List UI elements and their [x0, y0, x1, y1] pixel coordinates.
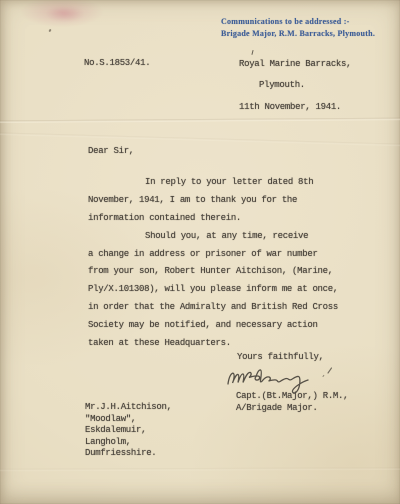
salutation: Dear Sir,: [88, 145, 134, 157]
fold-crease: [0, 118, 400, 124]
letterhead-line-1: Communications to be addressed :-: [221, 16, 375, 28]
body-line: from your son, Robert Hunter Aitchison, …: [88, 263, 338, 281]
recipient-address: Mr.J.H.Aitchison, "Moodlaw", Eskdalemuir…: [85, 402, 172, 460]
pink-stain: [42, 4, 88, 24]
letter-date: 11th November, 1941.: [239, 97, 351, 118]
signer-rank: Capt.(Bt.Major,) R.M.,: [236, 390, 348, 402]
sender-address-line-2: Plymouth.: [259, 75, 351, 96]
body-line: November, 1941, I am to thank you for th…: [88, 192, 338, 210]
recipient-name: Mr.J.H.Aitchison,: [85, 402, 172, 414]
fold-crease: [0, 132, 400, 147]
signer-role: A/Brigade Major.: [236, 402, 318, 414]
body-line: a change in address or prisoner of war n…: [88, 246, 338, 264]
letterhead: Communications to be addressed :- Brigad…: [221, 16, 375, 39]
body-line: Should you, at any time, receive: [88, 228, 338, 246]
valediction: Yours faithfully,: [237, 351, 324, 363]
ink-speck: [48, 29, 51, 33]
sender-address: Royal Marine Barracks, Plymouth. 11th No…: [239, 54, 351, 118]
fold-crease: [0, 467, 400, 471]
letterhead-line-2: Brigade Major, R.M. Barracks, Plymouth.: [221, 28, 375, 40]
sender-address-line-1: Royal Marine Barracks,: [239, 54, 351, 75]
letter-body: In reply to your letter dated 8th Novemb…: [88, 174, 338, 353]
body-line: Ply/X.101308), will you please inform me…: [88, 281, 338, 299]
recipient-town: Langholm,: [85, 437, 172, 449]
body-line: in order that the Admiralty and British …: [88, 299, 338, 317]
reference-number: No.S.1853/41.: [84, 57, 150, 69]
body-line: In reply to your letter dated 8th: [88, 174, 338, 192]
letter-document: Communications to be addressed :- Brigad…: [0, 0, 400, 504]
body-line: Society may be notified, and necessary a…: [88, 317, 338, 335]
recipient-county: Dumfriesshire.: [85, 448, 172, 460]
body-line: information contained therein.: [88, 210, 338, 228]
recipient-village: Eskdalemuir,: [85, 425, 172, 437]
recipient-house: "Moodlaw",: [85, 414, 172, 426]
